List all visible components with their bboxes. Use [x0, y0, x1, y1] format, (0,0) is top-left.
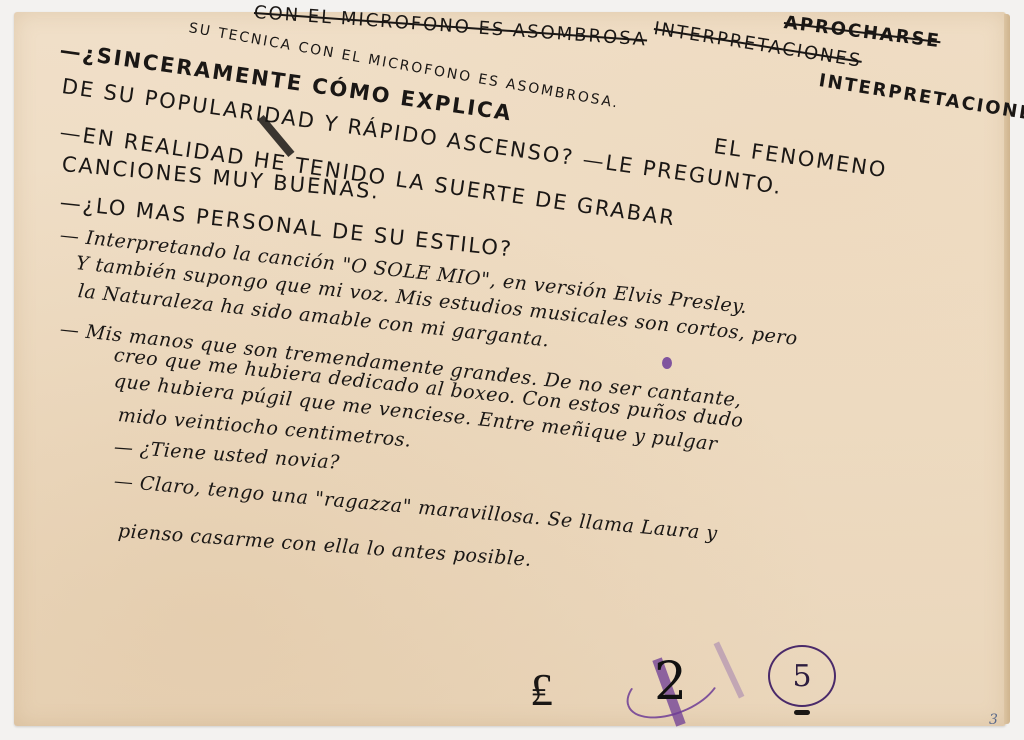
line-interpretaciones: INTERPRETACIONES.	[817, 70, 1024, 128]
crossed-number-two: 2	[654, 652, 687, 712]
circled-number-five-text: 5	[792, 659, 811, 694]
answer-4-line-2: pienso casarme con ella lo antes posible…	[117, 520, 532, 571]
manuscript-page: CON EL MICROFONO ES ASOMBROSA APROCHARSE…	[14, 12, 1006, 726]
purple-ink-dot	[662, 357, 672, 369]
circled-number-five: 5	[768, 645, 836, 707]
signature-scribble: ₤	[530, 662, 553, 716]
ink-smudge-bottom	[794, 710, 810, 715]
corner-page-number: 3	[989, 712, 998, 728]
